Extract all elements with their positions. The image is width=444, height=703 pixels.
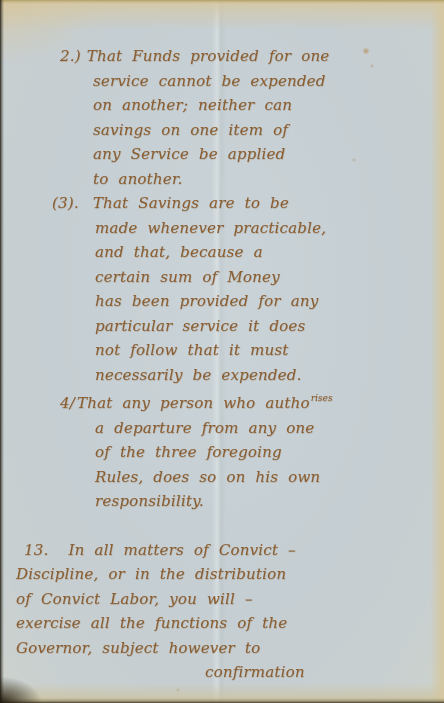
manuscript-line: 2.)That Funds provided for one <box>0 44 444 69</box>
paragraph-clause-13: 13.In all matters of Convict – Disciplin… <box>0 538 444 661</box>
manuscript-line: 13.In all matters of Convict – <box>0 538 444 563</box>
manuscript-line: (3).That Savings are to be <box>0 191 444 216</box>
manuscript-line-text: In all matters of Convict – <box>68 541 295 559</box>
manuscript-page: 2.)That Funds provided for one service c… <box>0 0 444 703</box>
manuscript-line-text: That any person who autho <box>77 394 310 412</box>
manuscript-line: of the three foregoing <box>0 440 444 465</box>
manuscript-line: not follow that it must <box>0 338 444 363</box>
manuscript-line: certain sum of Money <box>0 265 444 290</box>
manuscript-line-text: That Savings are to be <box>93 194 289 212</box>
manuscript-line: made whenever practicable, <box>0 216 444 241</box>
paragraph-rule-3: (3).That Savings are to be made whenever… <box>0 191 444 387</box>
manuscript-line: of Convict Labor, you will – <box>0 587 444 612</box>
manuscript-line: on another; neither can <box>0 93 444 118</box>
manuscript-line: savings on one item of <box>0 118 444 143</box>
paragraph-rule-2: 2.)That Funds provided for one service c… <box>0 44 444 191</box>
manuscript-text: 2.)That Funds provided for one service c… <box>0 44 444 685</box>
manuscript-line: necessarily be expended. <box>0 363 444 388</box>
paragraph-number: 13. <box>24 541 48 559</box>
manuscript-line: Rules, does so on his own <box>0 465 444 490</box>
manuscript-line: Discipline, or in the distribution <box>0 562 444 587</box>
paragraph-rule-4: 4/That any person who authorises a depar… <box>0 387 444 514</box>
manuscript-line: Governor, subject however to <box>0 636 444 661</box>
manuscript-line: particular service it does <box>0 314 444 339</box>
paragraph-number: (3). <box>52 194 79 212</box>
manuscript-line: any Service be applied <box>0 142 444 167</box>
manuscript-line: has been provided for any <box>0 289 444 314</box>
manuscript-line: service cannot be expended <box>0 69 444 94</box>
manuscript-line: to another. <box>0 167 444 192</box>
manuscript-line: exercise all the functions of the <box>0 611 444 636</box>
paragraph-number: 2.) <box>60 47 81 65</box>
manuscript-line-text: That Funds provided for one <box>87 47 330 65</box>
paragraph-number: 4/ <box>60 394 75 412</box>
catchword: confirmation <box>0 660 444 685</box>
manuscript-line: and that, because a <box>0 240 444 265</box>
manuscript-line: 4/That any person who authorises <box>0 387 444 416</box>
manuscript-line: a departure from any one <box>0 416 444 441</box>
manuscript-line: responsibility. <box>0 489 444 514</box>
superscript-word-ending: rises <box>311 394 333 404</box>
